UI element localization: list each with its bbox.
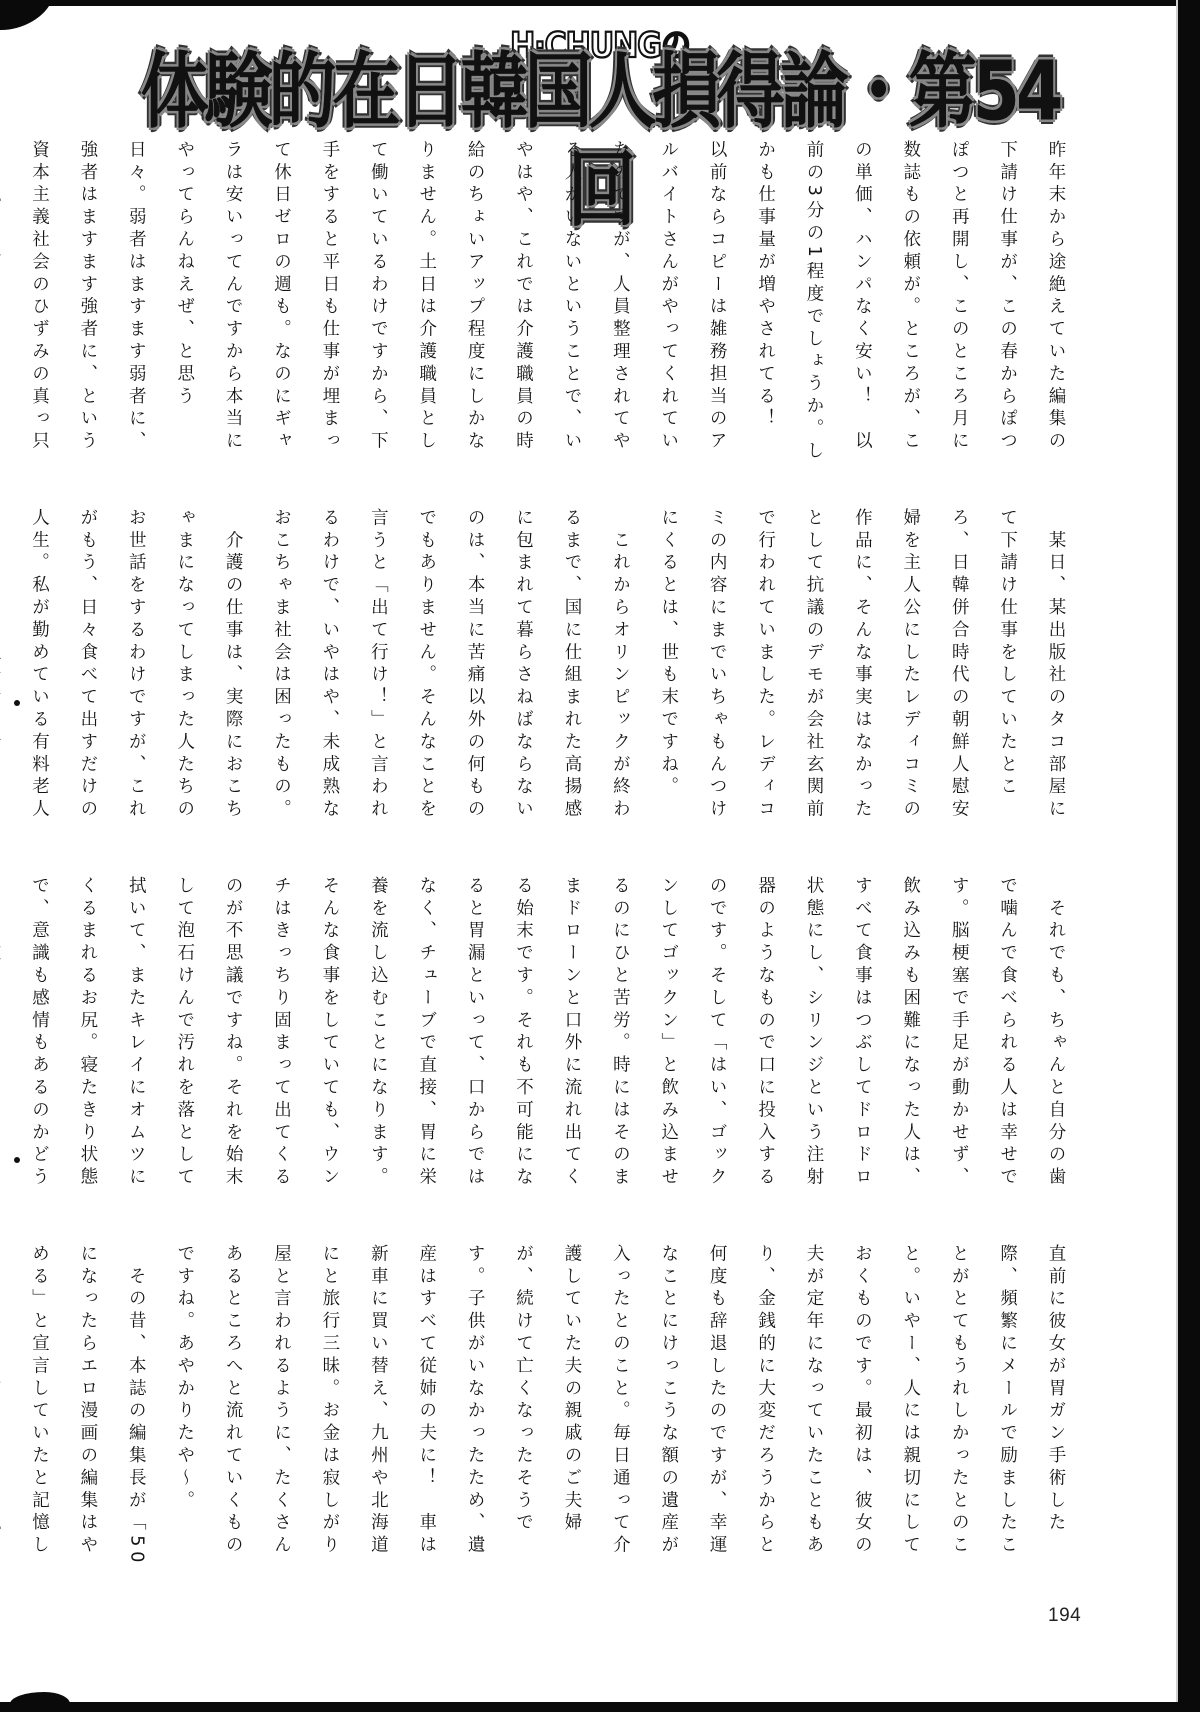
page-number: 194 xyxy=(1048,1605,1081,1627)
vertical-text-block: それでも、ちゃんと自分の歯で噛んで食べられる人は幸せです。脳梗塞で手足が動かせず… xyxy=(0,876,1080,1206)
scan-edge-shadow xyxy=(10,1692,70,1706)
vertical-text-block: 直前に彼女が胃ガン手術した際、頻繁にメールで励ましたことがとてもうれしかったとの… xyxy=(0,1244,1080,1574)
scan-edge-right xyxy=(1178,0,1200,1712)
text-band-1: 昨年末から途絶えていた編集の下請け仕事が、この春からぽつぽつと再開し、このところ… xyxy=(128,140,1080,470)
text-band-4: 直前に彼女が胃ガン手術した際、頻繁にメールで励ましたことがとてもうれしかったとの… xyxy=(128,1244,1080,1574)
vertical-text-block: 某日、某出版社のタコ部屋にて下請け仕事をしていたところ、日韓併合時代の朝鮮人慰安… xyxy=(0,508,1080,838)
scan-edge-top xyxy=(0,0,1200,6)
vertical-text-block: 昨年末から途絶えていた編集の下請け仕事が、この春からぽつぽつと再開し、このところ… xyxy=(0,140,1080,470)
text-band-3: それでも、ちゃんと自分の歯で噛んで食べられる人は幸せです。脳梗塞で手足が動かせず… xyxy=(128,876,1080,1206)
text-band-2: 某日、某出版社のタコ部屋にて下請け仕事をしていたところ、日韓併合時代の朝鮮人慰安… xyxy=(128,508,1080,838)
scan-edge-bottom xyxy=(0,1702,1200,1712)
scan-edge-line xyxy=(1176,0,1178,1712)
article-title: 体験的在日韓国人損得論・第54回 xyxy=(120,44,1080,142)
